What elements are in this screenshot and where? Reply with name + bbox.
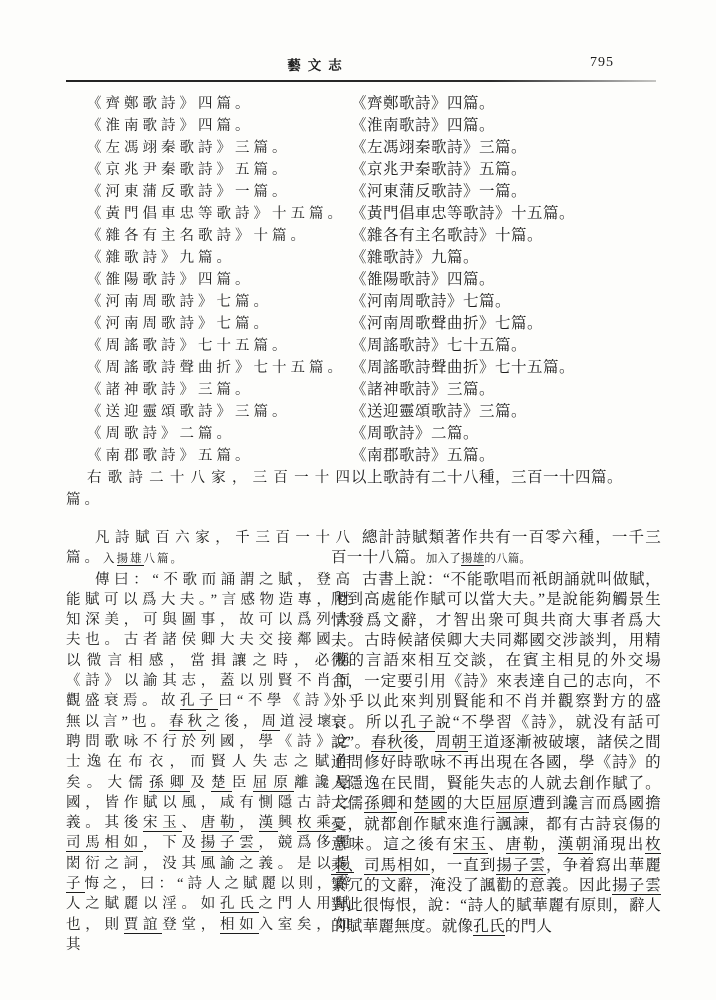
catalog-entry: 《雜各有主名歌詩》十篇。 xyxy=(331,225,661,247)
classical-paragraph-essay: 傳曰：“不歌而誦謂之賦，登高能賦可以爲大夫。”言感物造專，材知深美，可與圖事，故… xyxy=(66,570,354,956)
translation-text-column: 《齊鄭歌詩》四篇。《淮南歌詩》四篇。《左馮翊秦歌詩》三篇。《京兆尹秦歌詩》五篇。… xyxy=(331,93,661,937)
text-segment: ，一直到 xyxy=(430,857,496,874)
proper-noun-mark: 孔氏 xyxy=(220,896,259,913)
catalog-entry: 《河南周歌聲曲折》七篇。 xyxy=(331,313,661,335)
catalog-entry: 《河南周歌詩》七篇。 xyxy=(66,291,354,313)
book-page: 藝文志 795 《齊鄭歌詩》四篇。《淮南歌詩》四篇。《左馮翊秦歌詩》三篇。《京兆… xyxy=(0,0,716,1000)
catalog-entry: 《南郡歌詩》五篇。 xyxy=(331,445,661,467)
translation-paragraph-essay: 古書上說：“不能歌唱而衹朗誦就叫做賦，爬到高處能作賦可以當大夫。”是說能夠觸景生… xyxy=(331,570,661,937)
catalog-entry: 《雜歌詩》九篇。 xyxy=(66,247,354,269)
catalog-entry: 《雜各有主名歌詩》十篇。 xyxy=(66,225,354,247)
text-segment: 的門人 xyxy=(505,918,552,935)
text-segment: 的八篇。 xyxy=(484,553,531,565)
catalog-entry: 《河東蒲反歌詩》一篇。 xyxy=(331,181,661,203)
text-segment: 興 xyxy=(278,815,297,831)
catalog-entry: 《淮南歌詩》四篇。 xyxy=(66,115,354,137)
catalog-entry: 《諸神歌詩》三篇。 xyxy=(66,379,354,401)
catalog-entry: 《雒陽歌詩》四篇。 xyxy=(66,269,354,291)
catalog-entry: 《南郡歌詩》五篇。 xyxy=(66,445,354,467)
text-segment: ，下及 xyxy=(143,835,201,851)
proper-noun-mark: 楚 xyxy=(211,775,232,792)
catalog-entry: 《河南周歌詩》七篇。 xyxy=(66,313,354,335)
text-segment: 八篇。 xyxy=(144,553,185,565)
proper-noun-mark: 周 xyxy=(262,714,281,731)
text-segment: ， xyxy=(239,815,258,831)
classical-paragraph-total: 凡詩賦百六家，千三百一十八篇。入揚雄八篇。 xyxy=(66,528,354,570)
proper-noun-mark: 春秋 xyxy=(371,734,403,752)
text-segment: 、 xyxy=(182,815,201,831)
catalog-entry: 《淮南歌詩》四篇。 xyxy=(331,115,661,137)
catalog-entry: 《雒陽歌詩》四篇。 xyxy=(331,269,661,291)
classical-song-poem-catalog: 《齊鄭歌詩》四篇。《淮南歌詩》四篇。《左馮翊秦歌詩》三篇。《京兆尹秦歌詩》五篇。… xyxy=(66,93,354,467)
classical-catalog-summary: 右歌詩二十八家，三百一十四篇。 xyxy=(66,467,354,511)
proper-noun-mark: 枚乘 xyxy=(297,815,336,832)
catalog-entry: 《京兆尹秦歌詩》五篇。 xyxy=(66,159,354,181)
catalog-entry: 《雜歌詩》九篇。 xyxy=(331,247,661,269)
proper-noun-mark: 孔子 xyxy=(180,693,218,710)
text-segment: 傳曰：“不歌而誦謂之賦，登高能賦可以爲大夫。”言感物造專，材知深美，可與圖事，故… xyxy=(66,572,354,710)
proper-noun-mark: 相如 xyxy=(220,917,259,934)
translation-paragraph-total: 總計詩賦類著作共有一百零六種，一千三百一十八篇。加入了揚雄的八篇。 xyxy=(331,528,661,570)
text-segment: 、 xyxy=(488,836,505,853)
catalog-entry: 《周歌詩》二篇。 xyxy=(66,423,354,445)
text-segment: 涌現出 xyxy=(593,836,645,853)
classical-paragraphs: 凡詩賦百六家，千三百一十八篇。入揚雄八篇。 傳曰：“不歌而誦謂之賦，登高能賦可以… xyxy=(66,528,354,955)
catalog-entry: 《周謠歌詩》七十五篇。 xyxy=(66,335,354,357)
catalog-entry: 《送迎靈頌歌詩》三篇。 xyxy=(331,401,661,423)
catalog-entry: 《齊鄭歌詩》四篇。 xyxy=(66,93,354,115)
catalog-entry: 《周謠歌詩聲曲折》七十五篇。 xyxy=(66,357,354,379)
proper-noun-mark: 漢 xyxy=(259,815,278,832)
proper-noun-mark: 周朝 xyxy=(435,734,467,752)
text-segment: 後， xyxy=(403,734,435,751)
catalog-entry: 《河東蒲反歌詩》一篇。 xyxy=(66,181,354,203)
proper-noun-mark: 司馬相如 xyxy=(364,857,430,875)
proper-noun-mark: 春秋 xyxy=(169,714,206,731)
text-segment: 入 xyxy=(103,553,117,565)
proper-noun-mark: 漢朝 xyxy=(558,836,593,854)
catalog-entry: 《左馮翊秦歌詩》三篇。 xyxy=(331,137,661,159)
text-segment: 之後， xyxy=(206,714,262,730)
proper-noun-mark: 孫卿 xyxy=(364,795,397,813)
text-segment: 古書上說：“不能歌唱而衹朗誦就叫做賦，爬到高處能作賦可以當大夫。”是說能夠觸景生… xyxy=(331,571,661,731)
translation-song-poem-catalog: 《齊鄭歌詩》四篇。《淮南歌詩》四篇。《左馮翊秦歌詩》三篇。《京兆尹秦歌詩》五篇。… xyxy=(331,93,661,467)
text-segment: 的大臣 xyxy=(447,795,497,812)
proper-noun-mark: 楚國 xyxy=(414,795,447,813)
text-segment: 、 xyxy=(348,857,365,874)
translation-catalog-summary: 以上歌詩有二十八種，三百一十四篇。 xyxy=(331,467,661,489)
proper-noun-mark: 孫卿 xyxy=(149,775,190,792)
catalog-entry: 《河南周歌詩》七篇。 xyxy=(331,291,661,313)
catalog-entry: 《周歌詩》二篇。 xyxy=(331,423,661,445)
proper-noun-mark: 揚子雲 xyxy=(201,835,259,852)
proper-noun-mark: 宋玉 xyxy=(453,836,488,854)
text-segment: ， xyxy=(540,836,557,853)
proper-noun-mark: 宋玉 xyxy=(143,815,182,832)
proper-noun-mark: 司馬相如 xyxy=(66,835,143,852)
catalog-entry: 《周謠歌詩》七十五篇。 xyxy=(331,335,661,357)
catalog-entry: 《齊鄭歌詩》四篇。 xyxy=(331,93,661,115)
proper-noun-mark: 唐勒 xyxy=(201,815,240,832)
text-segment: 臣 xyxy=(232,775,253,791)
catalog-entry: 《送迎靈頌歌詩》三篇。 xyxy=(66,401,354,423)
proper-noun-mark: 揚子雲 xyxy=(496,857,546,875)
page-number: 795 xyxy=(590,55,614,71)
proper-noun-mark: 揚子雲 xyxy=(612,877,661,895)
translation-paragraphs: 總計詩賦類著作共有一百零六種，一千三百一十八篇。加入了揚雄的八篇。 古書上說：“… xyxy=(331,528,661,937)
proper-noun-mark: 揚雄 xyxy=(117,553,144,566)
proper-noun-mark: 唐勒 xyxy=(506,836,541,854)
proper-noun-mark: 揚雄 xyxy=(461,553,484,566)
proper-noun-mark: 屈原 xyxy=(253,775,294,792)
text-segment: 登堂， xyxy=(162,917,220,933)
catalog-entry: 《周謠歌詩聲曲折》七十五篇。 xyxy=(331,357,661,379)
catalog-entry: 《京兆尹秦歌詩》五篇。 xyxy=(331,159,661,181)
proper-noun-mark: 孔氏 xyxy=(473,918,505,936)
catalog-entry: 《諸神歌詩》三篇。 xyxy=(331,379,661,401)
proper-noun-mark: 孔子 xyxy=(401,714,436,732)
proper-noun-mark: 屈原 xyxy=(496,795,529,813)
text-segment: 和 xyxy=(397,795,414,812)
proper-noun-mark: 賈誼 xyxy=(124,917,163,934)
header-rule xyxy=(66,80,656,82)
catalog-entry: 《黃門倡車忠等歌詩》十五篇。 xyxy=(331,203,661,225)
text-segment: 及 xyxy=(190,775,211,791)
text-segment: 加入了 xyxy=(426,553,461,565)
classical-text-column: 《齊鄭歌詩》四篇。《淮南歌詩》四篇。《左馮翊秦歌詩》三篇。《京兆尹秦歌詩》五篇。… xyxy=(66,93,354,955)
catalog-entry: 《左馮翊秦歌詩》三篇。 xyxy=(66,137,354,159)
catalog-entry: 《黃門倡車忠等歌詩》十五篇。 xyxy=(66,203,354,225)
chapter-header-title: 藝文志 xyxy=(238,54,398,74)
